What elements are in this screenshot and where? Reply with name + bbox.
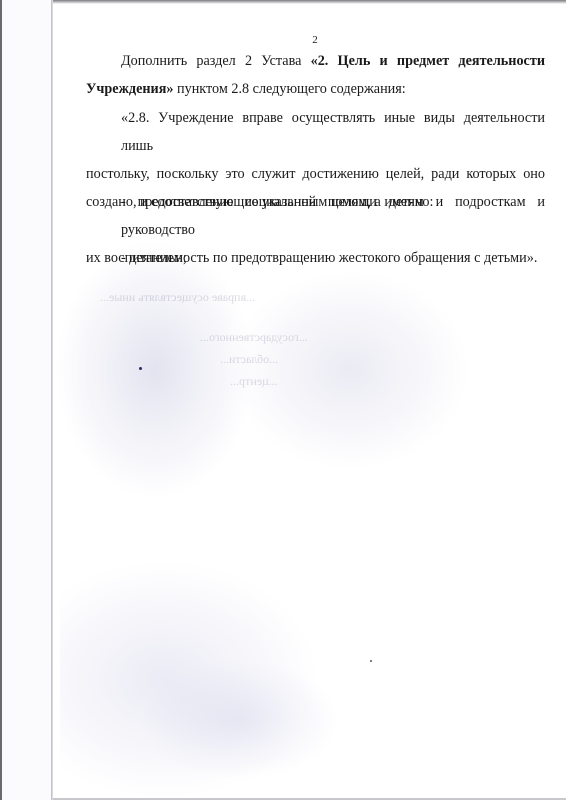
bleed-through-shadow (230, 270, 470, 470)
text-run: - деятельность по предотвращению жестоко… (121, 250, 537, 266)
paragraph: - деятельность по предотвращению жестоко… (86, 244, 545, 272)
scan-top-shadow (53, 0, 566, 4)
text-line: - деятельность по предотвращению жестоко… (86, 244, 545, 272)
text-line: «2.8. Учреждение вправе осуществлять ины… (86, 104, 545, 160)
bold-text: «2. Цель и предмет деятельности (311, 53, 545, 69)
bleed-through-text: ...центр... (230, 374, 278, 389)
scan-speck (139, 367, 142, 370)
text-run: «2.8. Учреждение вправе осуществлять ины… (121, 110, 545, 154)
scan-left-margin (0, 0, 52, 800)
page-number: 2 (0, 34, 566, 46)
text-line: Учреждения» пунктом 2.8 следующего содер… (86, 75, 545, 103)
text-line: постольку, поскольку это служит достижен… (86, 160, 545, 188)
bleed-through-shadow (55, 240, 255, 500)
bold-text: Учреждения» (86, 81, 173, 97)
bleed-through-text: ...области... (220, 352, 278, 367)
text-run: Дополнить раздел 2 Устава (121, 53, 311, 69)
bleed-through-shadow (60, 560, 320, 800)
text-line: - предоставление социальной помощи детям… (86, 188, 545, 244)
paragraph: Дополнить раздел 2 Устава «2. Цель и пре… (86, 47, 545, 103)
text-line: Дополнить раздел 2 Устава «2. Цель и пре… (86, 47, 545, 75)
text-run: постольку, поскольку это служит достижен… (86, 166, 545, 182)
bleed-through-shadow (140, 660, 340, 780)
bleed-through-text: ...государственного... (200, 330, 308, 345)
text-run: - предоставление социальной помощи детям… (121, 194, 545, 238)
text-run: пунктом 2.8 следующего содержания: (173, 81, 405, 97)
page-edge-line (51, 0, 53, 800)
bleed-through-text: ...вправе осуществлять иные... (100, 290, 255, 305)
scan-speck (370, 660, 372, 662)
